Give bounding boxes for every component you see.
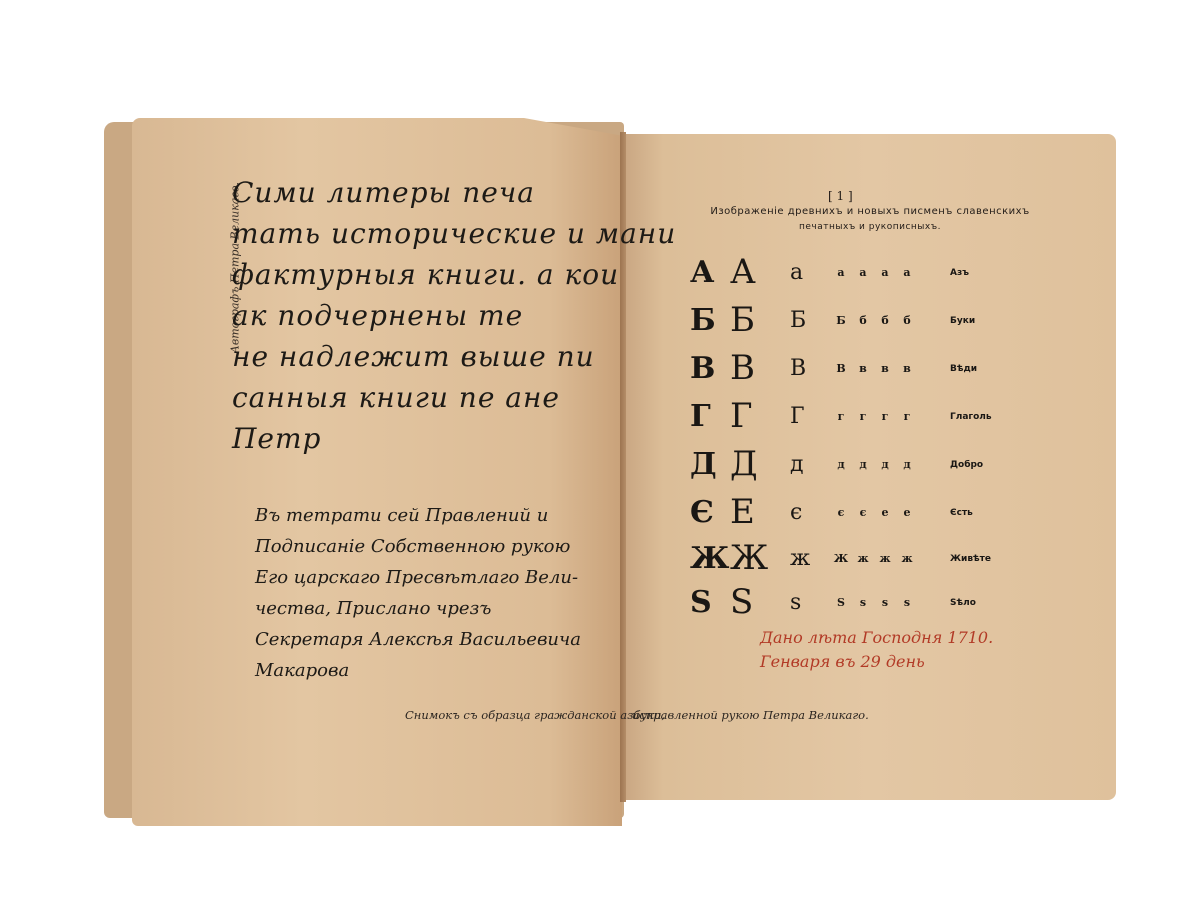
small-glyph: д xyxy=(852,458,874,471)
small-glyph: Ѕ xyxy=(830,596,852,609)
lowercase-glyph: В xyxy=(790,356,830,381)
small-glyph: г xyxy=(896,410,918,423)
slavonic-glyph: Ж xyxy=(690,541,730,576)
civil-glyph: В xyxy=(730,348,790,388)
slavonic-glyph: В xyxy=(690,351,730,386)
lowercase-glyph: є xyxy=(790,500,830,525)
small-glyph: б xyxy=(852,314,874,327)
handwriting-line: Подписаніе Собственною рукою xyxy=(255,531,581,562)
small-glyph: д xyxy=(896,458,918,471)
civil-glyph: S xyxy=(730,582,790,622)
lowercase-glyph: а xyxy=(790,260,830,285)
small-glyph: б xyxy=(896,314,918,327)
alphabet-row: Ж Ж ж Ж ж ж ж xyxy=(690,534,918,582)
small-glyph: є xyxy=(852,506,874,519)
small-glyph: s xyxy=(874,596,896,609)
alphabet-title: Изображеніе древнихъ и новыхъ писменъ сл… xyxy=(624,206,1116,217)
red-ink-note: Дано лѣта Господня 1710. xyxy=(760,628,993,647)
alphabet-subtitle: печатныхъ и рукописныхъ. xyxy=(624,222,1116,232)
letter-name: Добро xyxy=(950,460,983,470)
small-glyph: а xyxy=(874,266,896,279)
handwriting-line: Сими литеры печа xyxy=(232,172,676,213)
civil-glyph: Е xyxy=(730,492,790,532)
handwriting-line: Макарова xyxy=(255,655,581,686)
open-book: Автографъ Петра Великаго. Сими литеры пе… xyxy=(0,0,1200,900)
letter-name: Вѣди xyxy=(950,364,977,374)
small-glyph: в xyxy=(852,362,874,375)
small-glyph: д xyxy=(874,458,896,471)
small-glyph: е xyxy=(896,506,918,519)
small-glyph: Ж xyxy=(830,552,852,565)
civil-glyph: А xyxy=(730,252,790,292)
small-glyph: г xyxy=(830,410,852,423)
civil-glyph: Ж xyxy=(730,538,790,578)
civil-glyph: Б xyxy=(730,300,790,340)
alphabet-row: Ѕ S s Ѕ s s s xyxy=(690,578,918,626)
handwriting-line: Секретаря Алексѣя Васильевича xyxy=(255,624,581,655)
small-glyph: ж xyxy=(852,552,874,565)
civil-glyph: Д xyxy=(730,444,790,484)
slavonic-glyph: Г xyxy=(690,399,730,434)
alphabet-row: А А а а а а а xyxy=(690,248,918,296)
letter-name: Буки xyxy=(950,316,975,326)
small-glyph: В xyxy=(830,362,852,375)
alphabet-row: Д Д д д д д д xyxy=(690,440,918,488)
small-glyph: а xyxy=(830,266,852,279)
lowercase-glyph: Г xyxy=(790,404,830,429)
page-number: [ 1 ] xyxy=(828,189,853,203)
handwriting-line: Его царскаго Пресвѣтлаго Вели- xyxy=(255,562,581,593)
lowercase-glyph: д xyxy=(790,452,830,477)
small-glyph: в xyxy=(896,362,918,375)
red-ink-note: Генваря въ 29 день xyxy=(760,652,925,671)
small-glyph: г xyxy=(874,410,896,423)
small-glyph: є xyxy=(830,506,852,519)
letter-name: Ѕѣло xyxy=(950,598,976,608)
handwriting-line: Въ тетрати сей Правлений и xyxy=(255,500,581,531)
letter-name: Глаголь xyxy=(950,412,992,422)
small-glyph: s xyxy=(852,596,874,609)
caption-left: Снимокъ съ образца гражданской азбуки, xyxy=(405,708,665,722)
lowercase-glyph: Б xyxy=(790,308,830,333)
handwriting-line: не надлежит выше пи xyxy=(232,336,676,377)
letter-name: Єсть xyxy=(950,508,973,518)
caption-right: исправленной рукою Петра Великаго. xyxy=(632,708,869,722)
alphabet-row: Г Г Г г г г г xyxy=(690,392,918,440)
small-glyph: ж xyxy=(874,552,896,565)
slavonic-glyph: Д xyxy=(690,447,730,482)
small-glyph: Б xyxy=(830,314,852,327)
slavonic-glyph: Ѕ xyxy=(690,585,730,620)
small-glyph: а xyxy=(852,266,874,279)
small-glyph: е xyxy=(874,506,896,519)
small-glyph: ж xyxy=(896,552,918,565)
lowercase-glyph: s xyxy=(790,590,830,615)
alphabet-row: В В В В в в в xyxy=(690,344,918,392)
handwriting-line: фактурныя книги. а кои xyxy=(232,254,676,295)
handwriting-line: ак подчернены те xyxy=(232,295,676,336)
small-glyph: в xyxy=(874,362,896,375)
letter-name: Азъ xyxy=(950,268,969,278)
handwriting-line: чества, Прислано чрезъ xyxy=(255,593,581,624)
small-glyph: а xyxy=(896,266,918,279)
small-glyph: s xyxy=(896,596,918,609)
handwriting-top: Сими литеры печа тать исторические и ман… xyxy=(232,172,676,459)
handwriting-bottom: Въ тетрати сей Правлений и Подписаніе Со… xyxy=(255,500,581,686)
alphabet-row: Б Б Б Б б б б xyxy=(690,296,918,344)
handwriting-line: санныя книги пе ане xyxy=(232,377,676,418)
slavonic-glyph: А xyxy=(690,255,730,290)
civil-glyph: Г xyxy=(730,396,790,436)
small-glyph: б xyxy=(874,314,896,327)
small-glyph: д xyxy=(830,458,852,471)
letter-name: Живѣте xyxy=(950,554,991,564)
slavonic-glyph: Б xyxy=(690,303,730,338)
slavonic-glyph: Є xyxy=(690,495,730,530)
handwriting-line: Петр xyxy=(232,418,676,459)
lowercase-glyph: ж xyxy=(790,546,830,571)
handwriting-line: тать исторические и мани xyxy=(232,213,676,254)
alphabet-row: Є Е є є є е е xyxy=(690,488,918,536)
small-glyph: г xyxy=(852,410,874,423)
